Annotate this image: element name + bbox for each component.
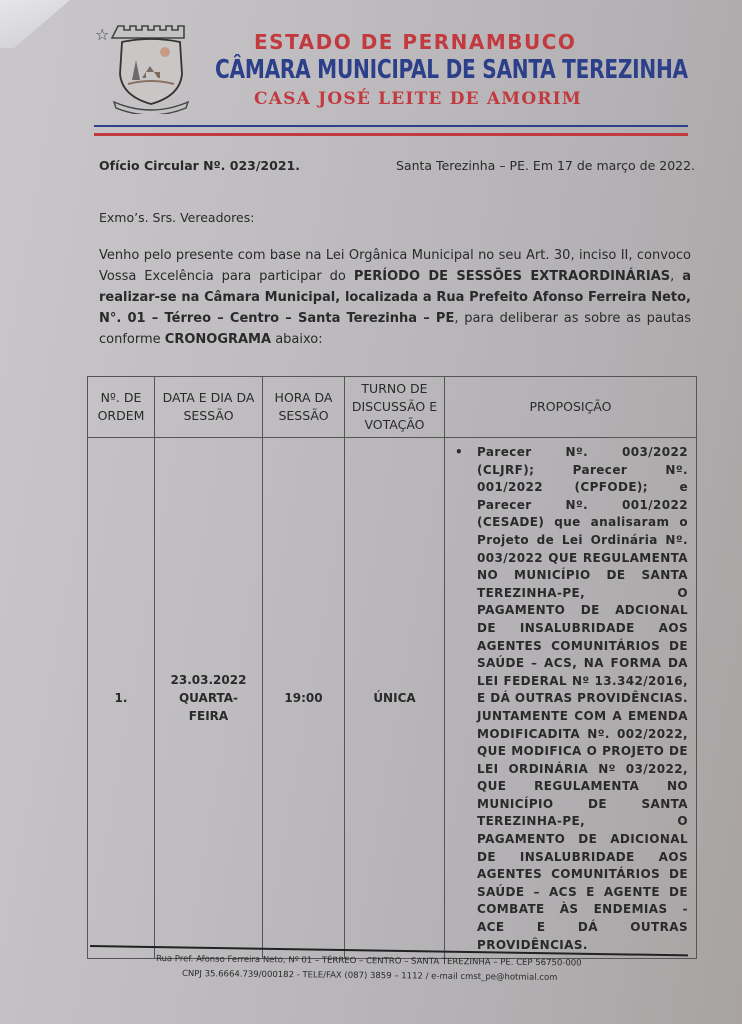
place-date: Santa Terezinha – PE. Em 17 de março de … bbox=[396, 158, 695, 173]
schedule-table: Nº. DE ORDEM DATA E DIA DA SESSÃO HORA D… bbox=[87, 376, 697, 959]
cell-order: 1. bbox=[88, 438, 155, 959]
header-date: DATA E DIA DA SESSÃO bbox=[155, 377, 263, 438]
header-rule-blue bbox=[94, 125, 688, 127]
header-time: HORA DA SESSÃO bbox=[263, 377, 345, 438]
body-bold-1: PERÍODO DE SESSÕES EXTRAORDINÁRIAS bbox=[354, 269, 670, 284]
letter-reference: Ofício Circular Nº. 023/2021. bbox=[99, 158, 300, 173]
footer-contact: CNPJ 35.6664.739/000182 - TELE/FAX (087)… bbox=[182, 969, 558, 983]
chamber-title: CÂMARA MUNICIPAL DE SANTA TEREZINHA bbox=[215, 55, 688, 85]
house-title: CASA JOSÉ LEITE DE AMORIM bbox=[254, 89, 582, 109]
body-text-2: , bbox=[670, 269, 682, 284]
header-order: Nº. DE ORDEM bbox=[88, 377, 155, 438]
header-rule-red bbox=[94, 133, 688, 136]
session-weekday: QUARTA-FEIRA bbox=[156, 689, 261, 725]
schedule-header-row: Nº. DE ORDEM DATA E DIA DA SESSÃO HORA D… bbox=[88, 377, 697, 438]
cell-turn: ÚNICA bbox=[345, 438, 445, 959]
star-icon: ☆ bbox=[95, 25, 109, 44]
coat-of-arms-icon bbox=[110, 22, 192, 114]
letter-body: Venho pelo presente com base na Lei Orgâ… bbox=[99, 245, 691, 350]
cell-time: 19:00 bbox=[263, 438, 345, 959]
table-row: 1. 23.03.2022 QUARTA-FEIRA 19:00 ÚNICA •… bbox=[88, 438, 697, 959]
paper-corner-fold bbox=[0, 0, 70, 48]
cell-date: 23.03.2022 QUARTA-FEIRA bbox=[155, 438, 263, 959]
cell-proposition: • Parecer Nº. 003/2022 (CLJRF); Parecer … bbox=[445, 438, 697, 959]
header-turn: TURNO DE DISCUSSÃO E VOTAÇÃO bbox=[345, 377, 445, 438]
state-title: ESTADO DE PERNAMBUCO bbox=[254, 30, 576, 54]
header-proposition: PROPOSIÇÃO bbox=[445, 377, 697, 438]
session-date: 23.03.2022 bbox=[156, 671, 261, 689]
body-bold-3: CRONOGRAMA bbox=[165, 332, 271, 347]
proposition-text: Parecer Nº. 003/2022 (CLJRF); Parecer Nº… bbox=[477, 444, 688, 954]
greeting: Exmo’s. Srs. Vereadores: bbox=[99, 210, 254, 225]
bullet-icon: • bbox=[455, 444, 477, 954]
body-text-4: abaixo: bbox=[271, 332, 323, 347]
